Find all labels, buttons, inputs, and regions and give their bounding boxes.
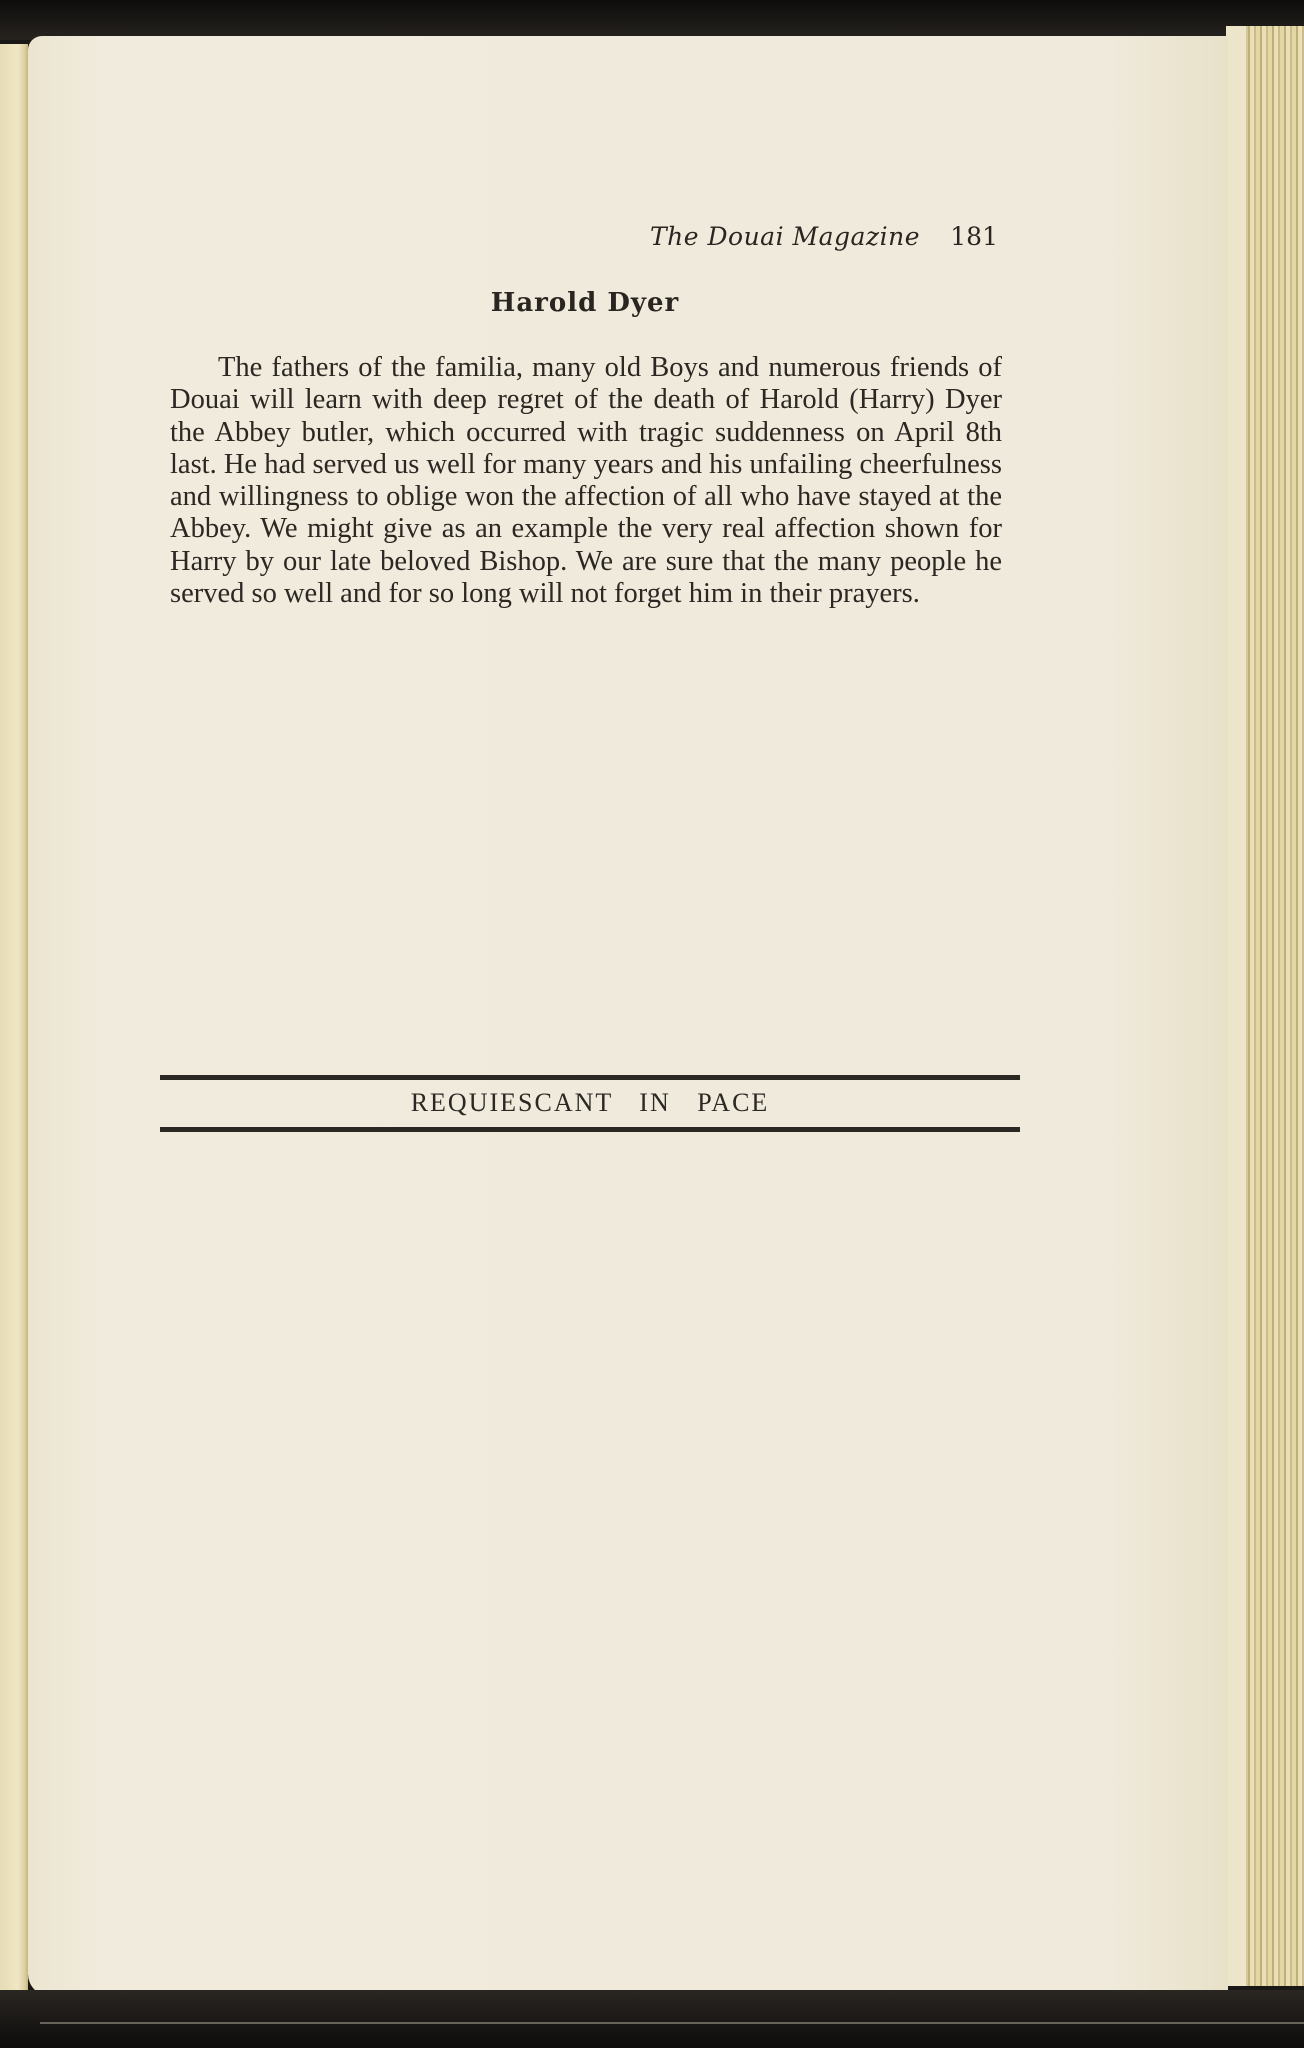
section-rule-top <box>160 1075 1020 1080</box>
book-cover-top <box>0 0 1304 40</box>
article-title: Harold Dyer <box>170 288 1000 318</box>
article-paragraph: The fathers of the familia, many old Boy… <box>170 352 1002 610</box>
book-page <box>28 36 1228 1996</box>
page-number: 181 <box>950 222 998 251</box>
running-title: The Douai Magazine <box>650 222 920 251</box>
previous-page-edge <box>0 44 28 2004</box>
book-cover-bottom <box>0 1990 1304 2048</box>
section-rule-bottom <box>160 1127 1020 1132</box>
page-stack-edge <box>1226 26 1304 1986</box>
running-head: The Douai Magazine 181 <box>620 222 1000 258</box>
section-banner: REQUIESCANT IN PACE <box>160 1088 1020 1118</box>
